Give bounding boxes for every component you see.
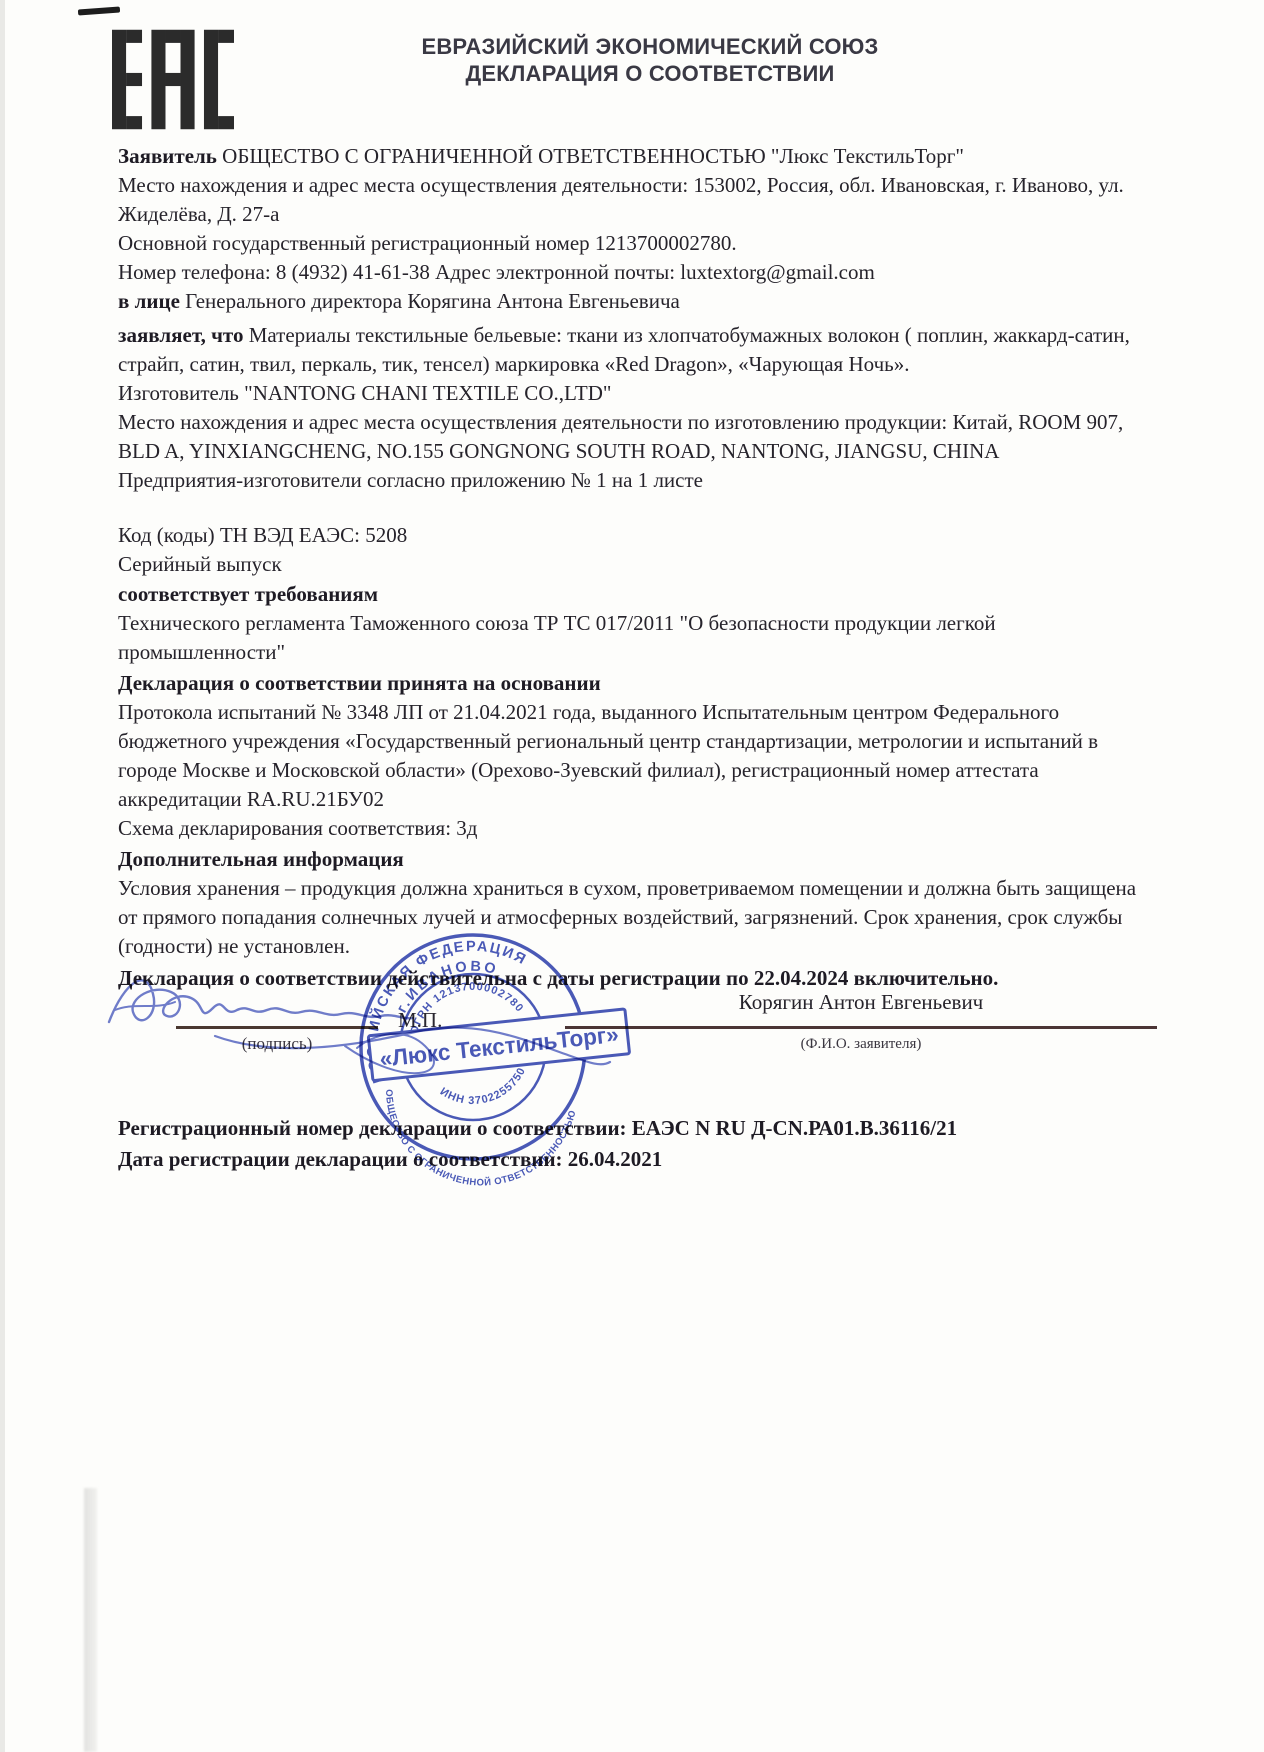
- compliance-section: соответствует требованиям Технического р…: [118, 580, 1158, 667]
- document-header: ЕВРАЗИЙСКИЙ ЭКОНОМИЧЕСКИЙ СОЮЗ ДЕКЛАРАЦИ…: [320, 33, 980, 87]
- compliance-heading: соответствует требованиям: [118, 580, 1158, 609]
- applicant-section: Заявитель ОБЩЕСТВО С ОГРАНИЧЕННОЙ ОТВЕТС…: [118, 142, 1158, 316]
- applicant-person-line: в лице Генерального директора Корягина А…: [118, 287, 1158, 316]
- header-union-name: ЕВРАЗИЙСКИЙ ЭКОНОМИЧЕСКИЙ СОЮЗ: [320, 33, 980, 60]
- codes-section: Код (коды) ТН ВЭД ЕАЭС: 5208 Серийный вы…: [118, 521, 1158, 579]
- stamp-banner: «Люкс ТекстильТорг»: [368, 1009, 629, 1081]
- eac-letter-c: [204, 30, 218, 129]
- declaration-product-section: заявляет, что Материалы текстильные бель…: [118, 321, 1158, 495]
- manufacturer-enterprises: Предприятия-изготовители согласно прилож…: [118, 466, 1158, 495]
- company-stamp: РОССИЙСКАЯ ФЕДЕРАЦИЯ г.ИВАНОВО ОГРН 1213…: [330, 905, 670, 1195]
- manufacturer-line: Изготовитель "NANTONG CHANI TEXTILE CO.,…: [118, 379, 1158, 408]
- applicant-name-line: Заявитель ОБЩЕСТВО С ОГРАНИЧЕННОЙ ОТВЕТС…: [118, 142, 1158, 171]
- declares-label: заявляет, что: [118, 323, 243, 347]
- scan-artifact-dash: [78, 7, 120, 16]
- tnved-code-line: Код (коды) ТН ВЭД ЕАЭС: 5208: [118, 521, 1158, 550]
- document-page: ЕВРАЗИЙСКИЙ ЭКОНОМИЧЕСКИЙ СОЮЗ ДЕКЛАРАЦИ…: [0, 0, 1264, 1752]
- applicant-contacts: Номер телефона: 8 (4932) 41-61-38 Адрес …: [118, 258, 1158, 287]
- header-doc-type: ДЕКЛАРАЦИЯ О СООТВЕТСТВИИ: [320, 60, 980, 87]
- basis-section: Декларация о соответствии принята на осн…: [118, 669, 1158, 843]
- scan-left-edge: [0, 0, 5, 1752]
- basis-heading: Декларация о соответствии принята на осн…: [118, 669, 1158, 698]
- eac-letter-a: [151, 30, 165, 129]
- compliance-text: Технического регламента Таможенного союз…: [118, 609, 1158, 667]
- additional-heading: Дополнительная информация: [118, 845, 1158, 874]
- basis-text: Протокола испытаний № 3348 ЛП от 21.04.2…: [118, 698, 1158, 814]
- serial-release-line: Серийный выпуск: [118, 550, 1158, 579]
- eac-letter-e: [112, 30, 126, 129]
- eac-logo-icon: [112, 28, 234, 131]
- declaration-scheme: Схема декларирования соответствия: 3д: [118, 814, 1158, 843]
- applicant-address: Место нахождения и адрес места осуществл…: [118, 171, 1158, 229]
- manufacturer-address: Место нахождения и адрес места осуществл…: [118, 408, 1158, 466]
- product-line: заявляет, что Материалы текстильные бель…: [118, 321, 1158, 379]
- person-label: в лице: [118, 289, 180, 313]
- applicant-ogrn: Основной государственный регистрационный…: [118, 229, 1158, 258]
- applicant-label: Заявитель: [118, 144, 217, 168]
- scan-artifact-strip: [84, 1488, 97, 1752]
